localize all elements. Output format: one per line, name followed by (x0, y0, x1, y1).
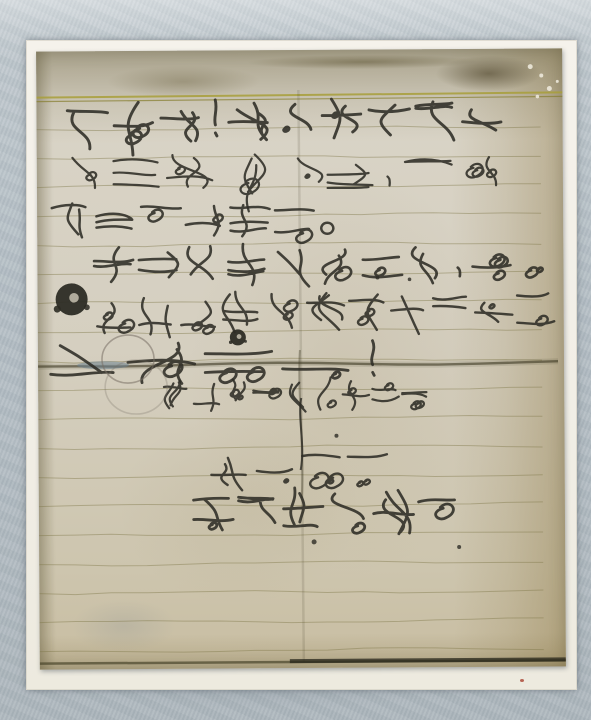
handwriting-line-text: 实行来教育你。 (49, 198, 337, 246)
white-mat-border: 孩子呵！母亲不用千言 万语来教育你，就用 实行来教育你。 在你长大成人之后，希望… (26, 40, 577, 690)
handwriting-date-text: 一九三六年八月二日 (162, 377, 430, 415)
handwriting-text-layer: 孩子呵！母亲不用千言 万语来教育你，就用 实行来教育你。 在你长大成人之后，希望… (36, 48, 566, 669)
letter-photograph: 孩子呵！母亲不用千言 万语来教育你，就用 实行来教育你。 在你长大成人之后，希望… (36, 48, 566, 669)
handwriting-line-text: 不要忘记你的母亲是为国 (95, 288, 557, 339)
handwriting-line-text: 在你长大成人之后，希望 (91, 240, 559, 291)
red-speck (520, 679, 524, 682)
handwriting-line-text: 孩子呵！母亲不用千言 (64, 97, 506, 150)
framed-letter-photo: 孩子呵！母亲不用千言 万语来教育你，就用 实行来教育你。 在你长大成人之后，希望… (0, 0, 591, 720)
handwriting-signature-text: 赵一曼于车中 (191, 487, 461, 543)
handwriting-line-text: 万语来教育你，就用 (57, 149, 509, 202)
